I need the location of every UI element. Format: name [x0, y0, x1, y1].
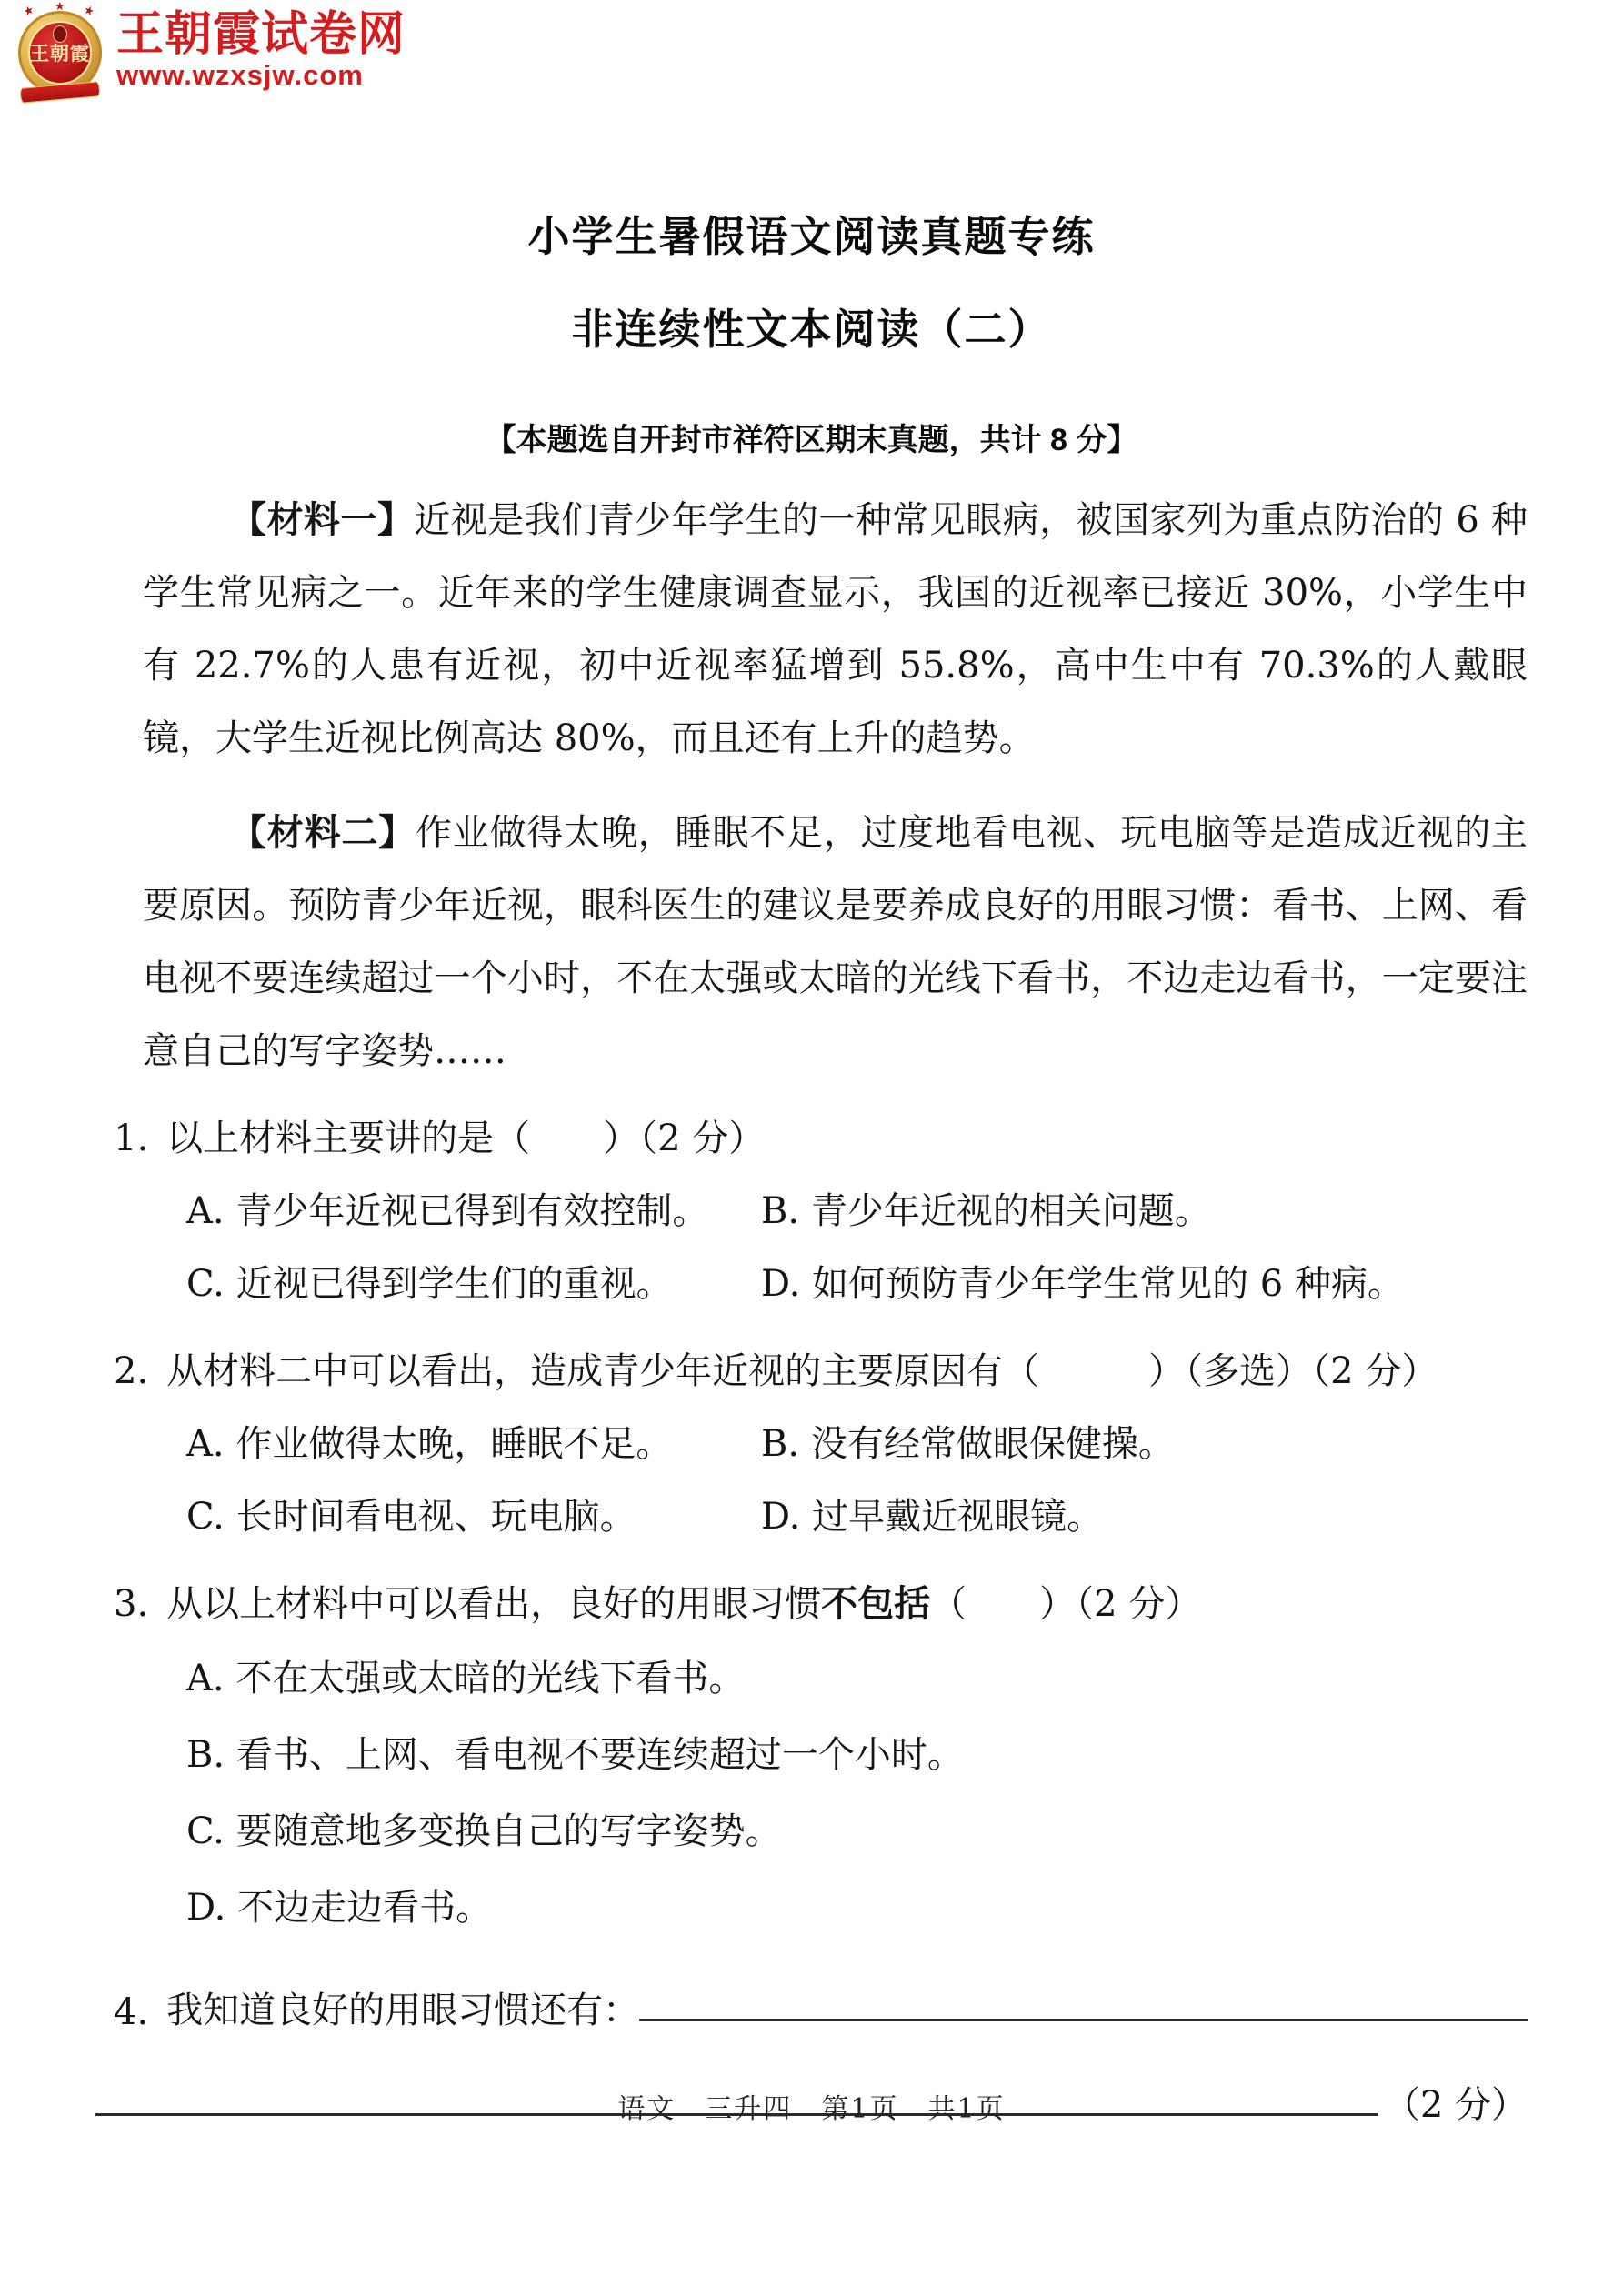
exam-content: 小学生暑假语文阅读真题专练 非连续性文本阅读（二） 【本题选自开封市祥符区期末真…: [0, 211, 1623, 2128]
material-2-label: 【材料二】: [230, 813, 416, 853]
question-3-options: A. 不在太强或太暗的光线下看书。 B. 看书、上网、看电视不要连续超过一个小时…: [186, 1640, 1528, 1946]
material-1-paragraph: 【材料一】近视是我们青少年学生的一种常见眼病，被国家列为重点防治的 6 种学生常…: [143, 484, 1528, 775]
question-2-number: 2.: [114, 1335, 148, 1408]
option-row: A. 作业做得太晚，睡眠不足。B. 没有经常做眼保健操。: [186, 1408, 1528, 1480]
option-d: D. 不边走边看书。: [186, 1870, 1528, 1946]
material-2-paragraph: 【材料二】作业做得太晚，睡眠不足，过度地看电视、玩电脑等是造成近视的主要原因。预…: [143, 797, 1528, 1088]
option-b: B. 青少年近视的相关问题。: [761, 1190, 1211, 1232]
page-title: 小学生暑假语文阅读真题专练: [95, 211, 1528, 262]
answer-blank-line: [639, 2019, 1528, 2021]
question-1: 1.以上材料主要讲的是（ ）（2 分） A. 青少年近视已得到有效控制。B. 青…: [95, 1102, 1528, 1320]
question-4-stem: 4.我知道良好的用眼习惯还有：: [114, 1960, 1528, 2033]
question-2-options: A. 作业做得太晚，睡眠不足。B. 没有经常做眼保健操。 C. 长时间看电视、玩…: [186, 1408, 1528, 1553]
site-logo: ★ ★ ★ 王朝霞 王朝霞试卷网 www.wzxsjw.com: [13, 4, 406, 100]
logo-text: 王朝霞试卷网 www.wzxsjw.com: [116, 4, 406, 90]
option-c: C. 近视已得到学生们的重视。: [186, 1248, 761, 1320]
star-icon: ★: [22, 4, 35, 18]
option-c: C. 长时间看电视、玩电脑。: [186, 1480, 761, 1553]
exam-page: ★ ★ ★ 王朝霞 王朝霞试卷网 www.wzxsjw.com 小学生暑假语文阅…: [0, 0, 1623, 2296]
option-a: A. 不在太强或太暗的光线下看书。: [186, 1640, 1528, 1717]
bold-emphasis: 不包括: [821, 1584, 930, 1624]
medal-ribbon: [19, 81, 100, 104]
question-2: 2.从材料二中可以看出，造成青少年近视的主要原因有（ ）（多选）（2 分） A.…: [95, 1335, 1528, 1553]
option-b: B. 没有经常做眼保健操。: [761, 1423, 1175, 1465]
page-footer: 语文 三升四 第1页 共1页: [0, 2091, 1623, 2128]
material-1-label: 【材料一】: [230, 500, 414, 540]
question-3-stem: 3.从以上材料中可以看出，良好的用眼习惯不包括（ ）（2 分）: [114, 1568, 1528, 1640]
question-4-number: 4.: [114, 1991, 148, 2033]
question-3: 3.从以上材料中可以看出，良好的用眼习惯不包括（ ）（2 分） A. 不在太强或…: [95, 1568, 1528, 1946]
medal-portrait: [53, 25, 67, 43]
option-c: C. 要随意地多变换自己的写字姿势。: [186, 1793, 1528, 1870]
option-row: C. 长时间看电视、玩电脑。D. 过早戴近视眼镜。: [186, 1480, 1528, 1553]
source-note: 【本题选自开封市祥符区期末真题，共计 8 分】: [95, 420, 1528, 460]
question-2-stem: 2.从材料二中可以看出，造成青少年近视的主要原因有（ ）（多选）（2 分）: [114, 1335, 1528, 1408]
star-icon: ★: [82, 4, 95, 18]
option-a: A. 作业做得太晚，睡眠不足。: [186, 1408, 761, 1480]
question-1-options: A. 青少年近视已得到有效控制。B. 青少年近视的相关问题。 C. 近视已得到学…: [186, 1175, 1528, 1320]
question-1-stem: 1.以上材料主要讲的是（ ）（2 分）: [114, 1102, 1528, 1175]
question-3-number: 3.: [114, 1568, 148, 1640]
question-1-number: 1.: [114, 1102, 148, 1175]
option-d: D. 如何预防青少年学生常见的 6 种病。: [761, 1263, 1404, 1305]
option-row: C. 近视已得到学生们的重视。D. 如何预防青少年学生常见的 6 种病。: [186, 1248, 1528, 1320]
option-b: B. 看书、上网、看电视不要连续超过一个小时。: [186, 1717, 1528, 1793]
option-a: A. 青少年近视已得到有效控制。: [186, 1175, 761, 1248]
option-row: A. 青少年近视已得到有效控制。B. 青少年近视的相关问题。: [186, 1175, 1528, 1248]
site-name: 王朝霞试卷网: [116, 9, 406, 60]
medal-badge-icon: ★ ★ ★ 王朝霞: [13, 4, 107, 100]
option-d: D. 过早戴近视眼镜。: [761, 1496, 1103, 1538]
site-url: www.wzxsjw.com: [116, 60, 406, 90]
page-subtitle: 非连续性文本阅读（二）: [95, 304, 1528, 355]
